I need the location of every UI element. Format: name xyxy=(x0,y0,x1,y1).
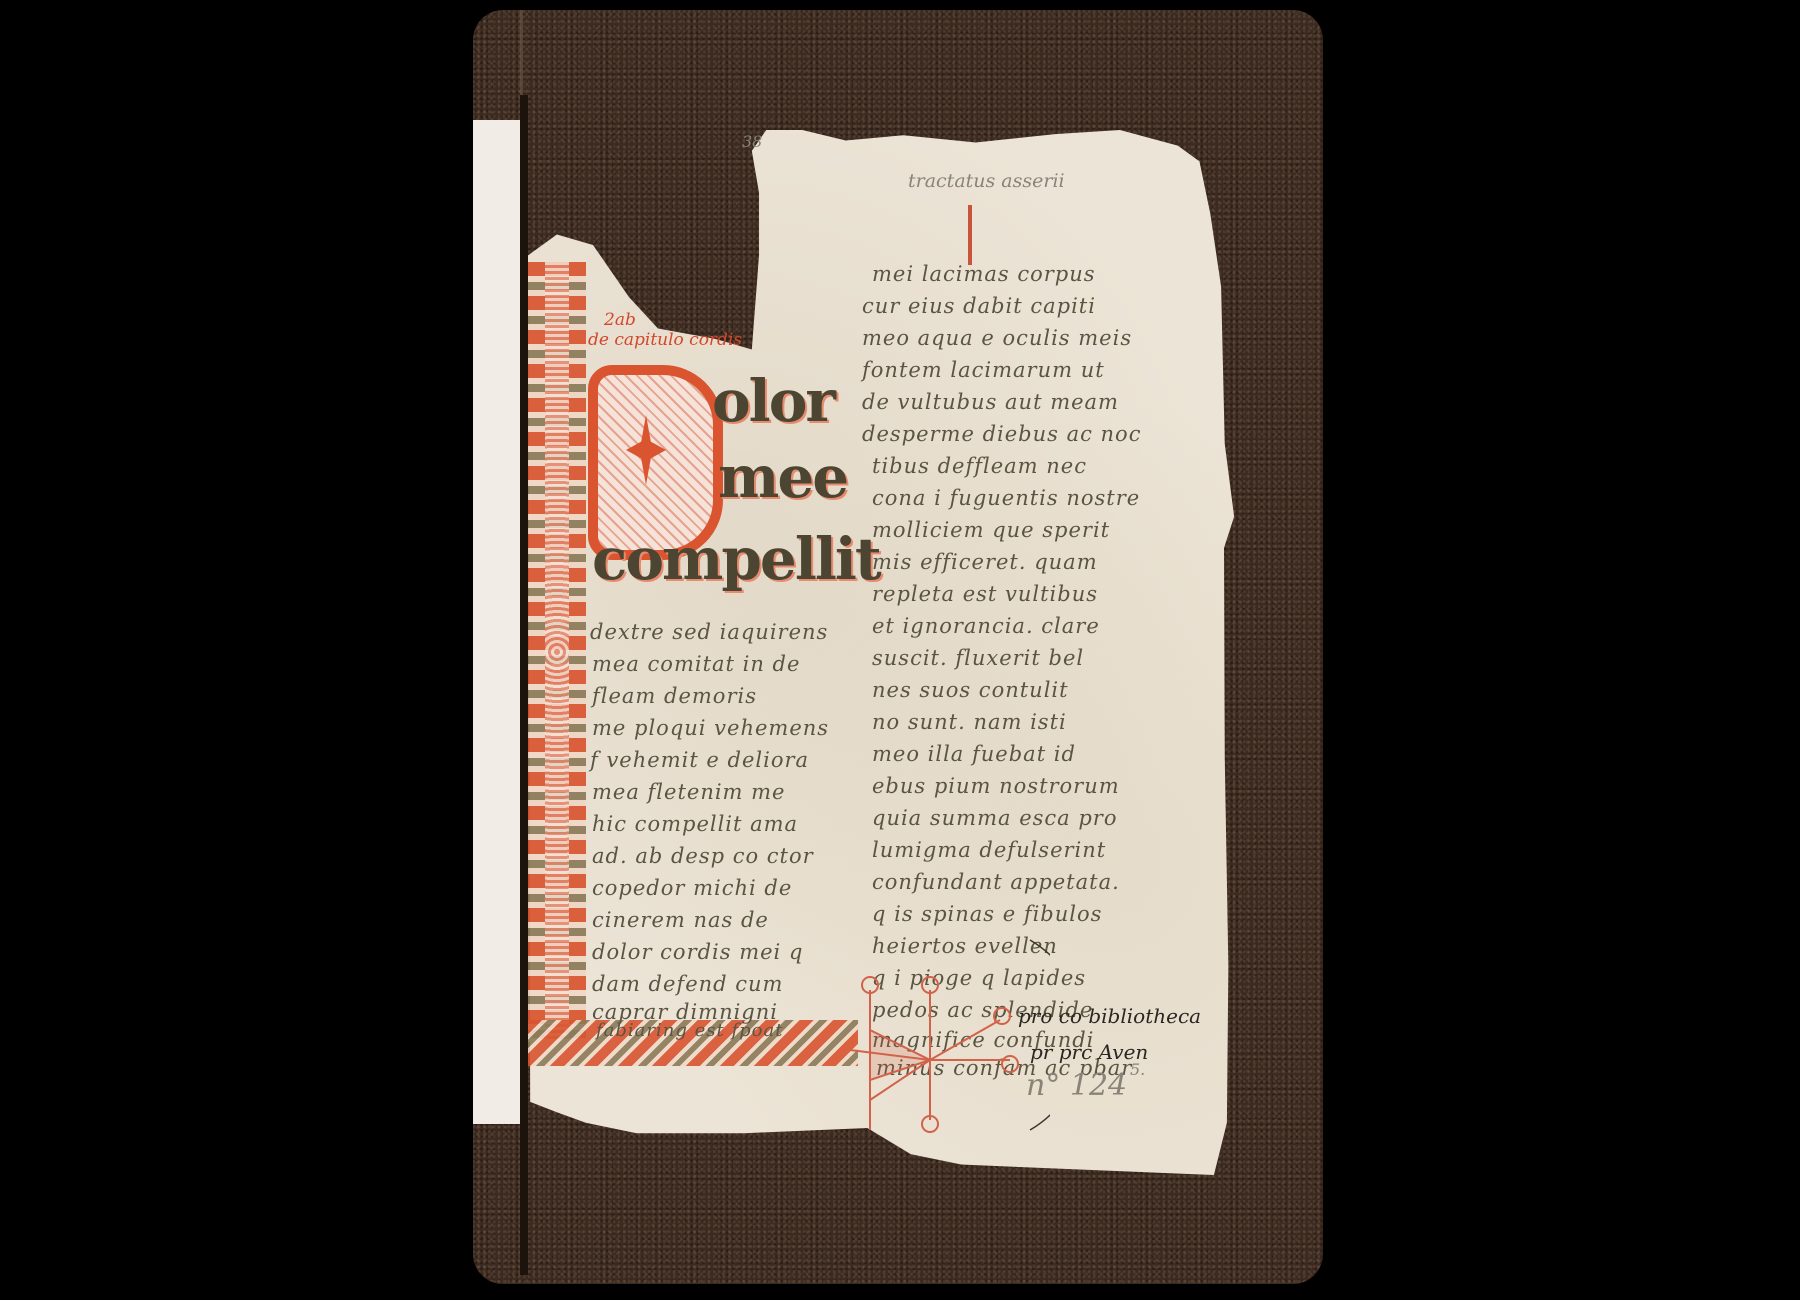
text-line: desperme diebus ac noc xyxy=(862,422,1141,446)
text-line: ad. ab desp co ctor xyxy=(592,844,814,868)
text-line: mis efficeret. quam xyxy=(872,550,1098,574)
text-line: me ploqui vehemens xyxy=(592,716,829,740)
text-line: meo illa fuebat id xyxy=(872,742,1076,766)
text-line: no sunt. nam isti xyxy=(872,710,1067,734)
incipit-word-1: olor xyxy=(712,372,834,430)
header-pencil-note: tractatus asserii xyxy=(908,170,1065,192)
compass-rosette-drawing xyxy=(830,930,1050,1140)
guard-strip xyxy=(473,120,525,1124)
shelfmark-number: n° 124 xyxy=(1026,1068,1127,1103)
text-line: hic compellit ama xyxy=(592,812,798,836)
text-line: meo aqua e oculis meis xyxy=(862,326,1132,350)
text-line: et ignorancia. clare xyxy=(872,614,1100,638)
text-line: de vultubus aut meam xyxy=(862,390,1119,414)
text-line: dextre sed iaquirens xyxy=(590,620,828,644)
text-line: fontem lacimarum ut xyxy=(862,358,1105,382)
ink-annotation-line-1: pro co bibliotheca xyxy=(1018,1004,1201,1028)
text-line: tibus deffleam nec xyxy=(872,454,1087,478)
text-line: suscit. fluxerit bel xyxy=(872,646,1084,670)
text-line: f vehemit e deliora xyxy=(590,748,809,772)
folio-number: 38 xyxy=(742,132,762,151)
text-line: dam defend cum xyxy=(592,972,783,996)
text-line: cur eius dabit capiti xyxy=(862,294,1096,318)
text-line: repleta est vultibus xyxy=(872,582,1098,606)
text-line: molliciem que sperit xyxy=(872,518,1110,542)
text-line: fabiaring est fpoat xyxy=(596,1020,783,1041)
incipit-word-3: compellit xyxy=(592,530,880,588)
text-line: lumigma defulserint xyxy=(872,838,1106,862)
text-line: fleam demoris xyxy=(592,684,757,708)
ornamental-border-pattern xyxy=(545,262,569,1042)
rubric-line-2: de capitulo cordis xyxy=(588,330,742,350)
text-line: cona i fuguentis nostre xyxy=(872,486,1140,510)
binding-gutter xyxy=(520,95,528,1275)
incipit-word-2: mee xyxy=(718,448,847,506)
red-paragraph-mark xyxy=(968,205,972,265)
text-line: ebus pium nostrorum xyxy=(872,774,1120,798)
text-line: cinerem nas de xyxy=(592,908,769,932)
text-line: quia summa esca pro xyxy=(872,806,1118,830)
rubric-line-1: 2ab xyxy=(604,310,636,330)
shelfmark-superscript: 5. xyxy=(1130,1060,1145,1079)
text-line: dolor cordis mei q xyxy=(592,940,803,964)
text-line: copedor michi de xyxy=(592,876,792,900)
text-line: nes suos contulit xyxy=(872,678,1069,702)
text-line: q is spinas e fibulos xyxy=(872,902,1102,926)
text-line: mea fletenim me xyxy=(592,780,786,804)
text-line: confundant appetata. xyxy=(872,870,1120,894)
text-line: mei lacimas corpus xyxy=(872,262,1096,286)
text-line: mea comitat in de xyxy=(592,652,800,676)
